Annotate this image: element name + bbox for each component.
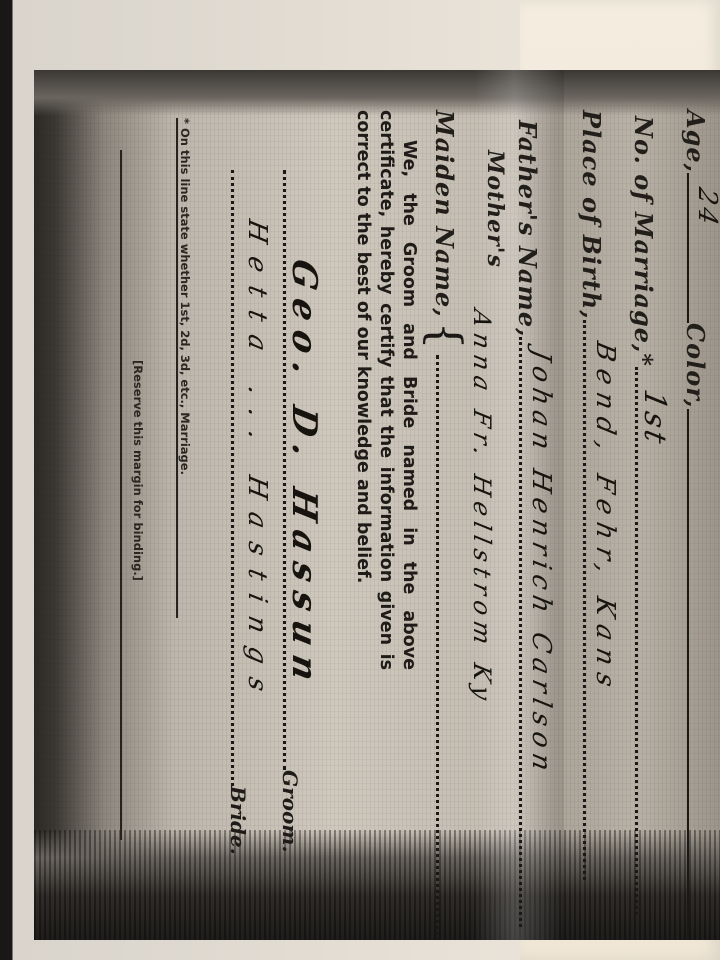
place-of-birth-label: Place of Birth, (577, 110, 606, 320)
certification-text: We, the Groom and Bride named in the abo… (353, 110, 419, 670)
bride-label: Bride. (226, 786, 250, 855)
brace-glyph: { (419, 322, 470, 351)
age-rule (687, 173, 689, 323)
color-label: Color, (681, 323, 710, 409)
color-rule (687, 409, 689, 940)
groom-label: Groom. (278, 770, 302, 852)
fathers-name-label: Father's Name, (513, 120, 542, 337)
bride-signature-rule (231, 170, 234, 786)
binding-footnote: [Reserve this margin for binding.] (131, 360, 145, 581)
mothers-maiden-name-rule (436, 355, 439, 940)
place-of-birth-rule (583, 320, 586, 880)
mothers-maiden-name-label: Maiden Name, (430, 110, 459, 318)
age-color-row: Age,Color, (681, 110, 710, 940)
age-value: 24 (692, 185, 720, 230)
certification-paragraph: We, the Groom and Bride named in the abo… (351, 110, 420, 670)
fathers-name-rule (519, 337, 522, 927)
marriage-number-label: No. of Marriage, (629, 116, 658, 353)
marriage-number-row: No. of Marriage,* (629, 116, 658, 915)
marriage-number-value: 1st (637, 386, 672, 449)
mothers-maiden-name-value: Anna Fr. Hellstrom Ky (468, 307, 496, 709)
certificate-photocopy: Age,Color, 24 No. of Marriage,* 1st Plac… (34, 70, 720, 940)
groom-signature: Geo. D. Hassun (284, 256, 324, 695)
fathers-name-value: Johan Henrich Carlson (526, 347, 556, 780)
certificate-content: Age,Color, 24 No. of Marriage,* 1st Plac… (60, 110, 720, 930)
asterisk-marker: * (629, 353, 658, 367)
marriage-number-rule (635, 367, 638, 915)
mothers-label-top: Mother's (482, 150, 508, 268)
age-label: Age, (681, 110, 710, 173)
marriage-footnote: * On this line state whether 1st, 2d, 3d… (178, 118, 192, 475)
place-of-birth-value: Bend, Fehr, Kans (590, 339, 620, 698)
binding-margin-line (120, 150, 122, 840)
bride-signature: Hetta ... Hastings (242, 217, 272, 708)
